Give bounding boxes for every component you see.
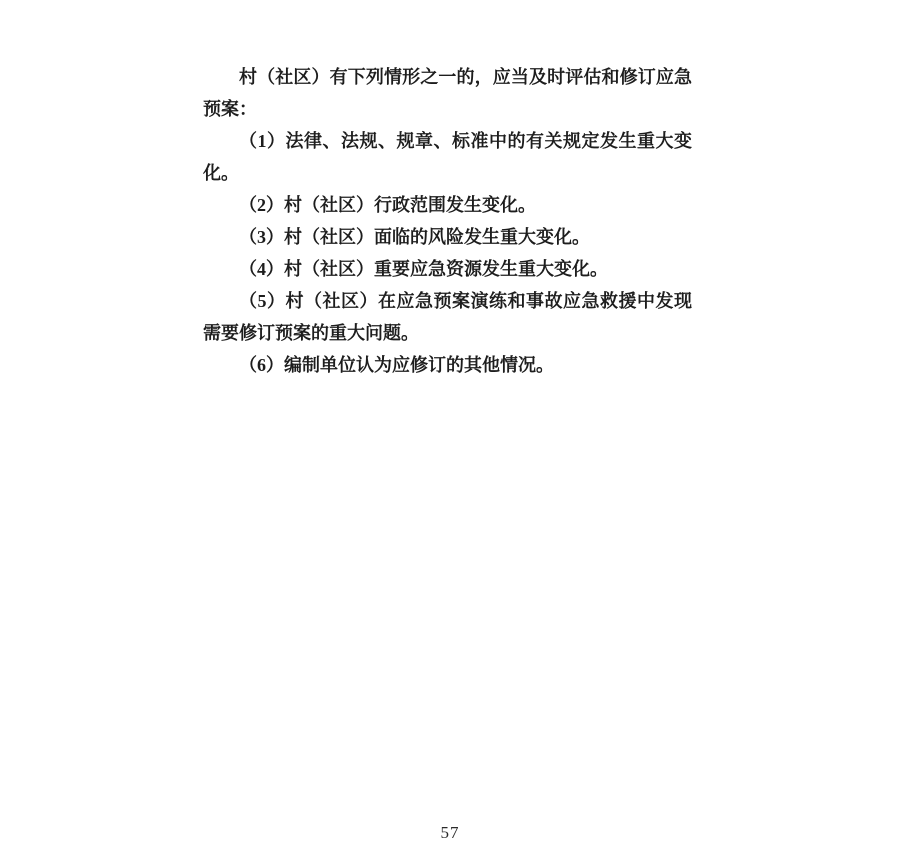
body-paragraph-item-1: （1）法律、法规、规章、标准中的有关规定发生重大变化。 bbox=[203, 125, 692, 189]
body-paragraph-item-3: （3）村（社区）面临的风险发生重大变化。 bbox=[203, 221, 692, 253]
document-page: 村（社区）有下列情形之一的，应当及时评估和修订应急预案： （1）法律、法规、规章… bbox=[0, 0, 900, 868]
body-paragraph-item-4: （4）村（社区）重要应急资源发生重大变化。 bbox=[203, 253, 692, 285]
page-number: 57 bbox=[0, 823, 900, 843]
body-paragraph-item-6: （6）编制单位认为应修订的其他情况。 bbox=[203, 349, 692, 381]
body-paragraph-item-2: （2）村（社区）行政范围发生变化。 bbox=[203, 189, 692, 221]
document-body: 村（社区）有下列情形之一的，应当及时评估和修订应急预案： （1）法律、法规、规章… bbox=[203, 61, 692, 381]
body-paragraph-intro: 村（社区）有下列情形之一的，应当及时评估和修订应急预案： bbox=[203, 61, 692, 125]
body-paragraph-item-5: （5）村（社区）在应急预案演练和事故应急救援中发现需要修订预案的重大问题。 bbox=[203, 285, 692, 349]
